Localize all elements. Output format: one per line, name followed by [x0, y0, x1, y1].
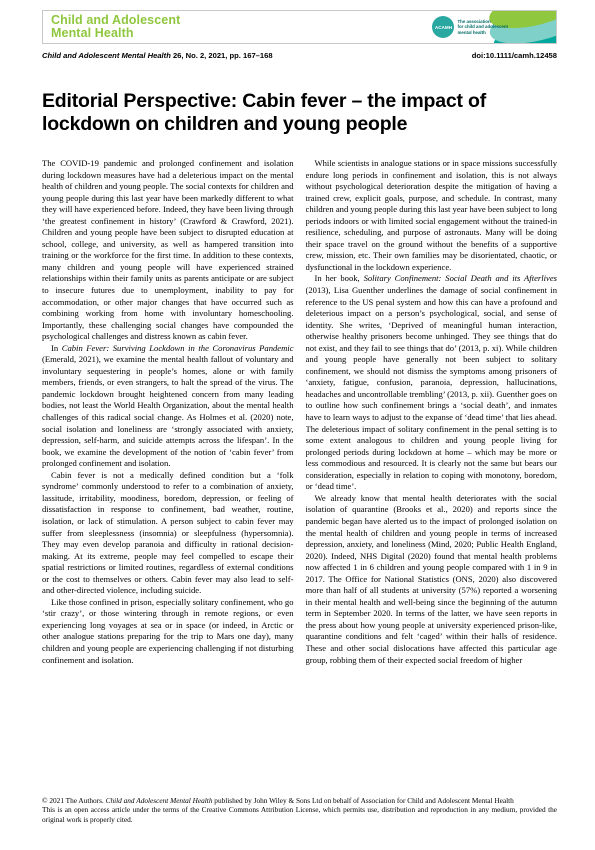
citation-doi: doi:10.1111/camh.12458	[472, 51, 557, 60]
page-footer: © 2021 The Authors. Child and Adolescent…	[42, 796, 557, 824]
article-title: Editorial Perspective: Cabin fever – the…	[42, 90, 542, 135]
footer-license: This is an open access article under the…	[42, 805, 557, 824]
acamh-tagline-line2: for child and adolescent	[457, 24, 508, 29]
citation-row: Child and Adolescent Mental Health 26, N…	[42, 51, 557, 60]
citation-journal-info: Child and Adolescent Mental Health 26, N…	[42, 51, 273, 60]
paragraph: Like those confined in prison, especiall…	[42, 597, 294, 666]
paragraph: In her book, Solitary Confinement: Socia…	[306, 273, 558, 492]
acamh-logo-tagline: The association for child and adolescent…	[457, 19, 508, 35]
acamh-tagline-line3: mental health	[457, 30, 508, 35]
acamh-logo-circle-icon: ACAMH	[432, 16, 454, 38]
journal-name: Child and Adolescent Mental Health	[43, 14, 180, 40]
article-body: The COVID-19 pandemic and prolonged conf…	[42, 158, 557, 789]
column-left: The COVID-19 pandemic and prolonged conf…	[42, 158, 294, 789]
paragraph: While scientists in analogue stations or…	[306, 158, 558, 273]
acamh-logo-acronym: ACAMH	[435, 25, 452, 30]
column-right: While scientists in analogue stations or…	[306, 158, 558, 789]
paragraph: Cabin fever is not a medically defined c…	[42, 470, 294, 597]
paragraph: The COVID-19 pandemic and prolonged conf…	[42, 158, 294, 343]
journal-page: Child and Adolescent Mental Health ACAMH…	[0, 0, 595, 850]
footer-copyright: © 2021 The Authors. Child and Adolescent…	[42, 796, 557, 805]
journal-name-line2: Mental Health	[51, 27, 180, 40]
acamh-logo: ACAMH The association for child and adol…	[432, 16, 508, 38]
paragraph: In Cabin Fever: Surviving Lockdown in th…	[42, 343, 294, 470]
journal-masthead: Child and Adolescent Mental Health ACAMH…	[42, 10, 557, 44]
paragraph: We already know that mental health deter…	[306, 493, 558, 666]
